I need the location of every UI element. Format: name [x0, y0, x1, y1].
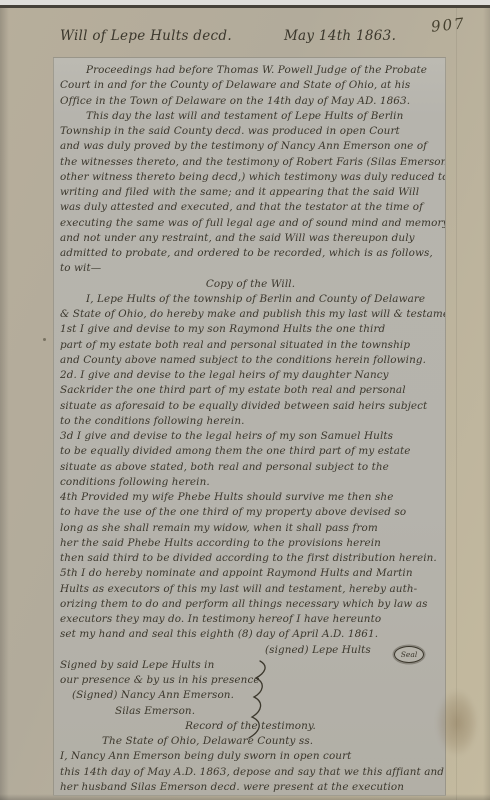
- document-title: Will of Lepe Hults decd.: [60, 28, 232, 44]
- manuscript-line: 3d I give and devise to the legal heirs …: [60, 429, 441, 444]
- manuscript-line: This day the last will and testament of …: [60, 109, 441, 124]
- manuscript-line: Copy of the Will.: [60, 277, 441, 292]
- manuscript-line: the witnesses thereto, and the testimony…: [60, 155, 441, 170]
- manuscript-line: 2d. I give and devise to the legal heirs…: [60, 368, 441, 383]
- manuscript-line: to the conditions following herein.: [60, 414, 441, 429]
- ink-stain: [436, 690, 478, 756]
- manuscript-line: to wit—: [60, 261, 441, 276]
- page-number: 907: [431, 14, 467, 36]
- manuscript-line: (signed) Lepe Hults: [60, 643, 441, 658]
- seal-label: Seal: [401, 650, 417, 659]
- manuscript-line: Proceedings had before Thomas W. Powell …: [60, 63, 441, 78]
- manuscript-line: to have the use of the one third of my p…: [60, 505, 441, 520]
- manuscript-line: Township in the said County decd. was pr…: [60, 124, 441, 139]
- manuscript-line: Court in and for the County of Delaware …: [60, 78, 441, 93]
- manuscript-line: executing the same was of full legal age…: [60, 216, 441, 231]
- manuscript-line: and County above named subject to the co…: [60, 353, 441, 368]
- manuscript-line: 1st I give and devise to my son Raymond …: [60, 322, 441, 337]
- manuscript-line: 5th I do hereby nominate and appoint Ray…: [60, 566, 441, 581]
- manuscript-line: this 14th day of May A.D. 1863, depose a…: [60, 765, 441, 780]
- manuscript-line: I, Nancy Ann Emerson being duly sworn in…: [60, 749, 441, 764]
- manuscript-line: and not under any restraint, and the sai…: [60, 231, 441, 246]
- document-date: May 14th 1863.: [284, 28, 396, 44]
- seal-stamp: Seal: [394, 646, 424, 663]
- manuscript-line: Office in the Town of Delaware on the 14…: [60, 94, 441, 109]
- manuscript-line: other witness thereto being decd,) which…: [60, 170, 441, 185]
- manuscript-line: Sackrider the one third part of my estat…: [60, 383, 441, 398]
- manuscript-line: Hults as executors of this my last will …: [60, 582, 441, 597]
- manuscript-line: I, Lepe Hults of the township of Berlin …: [60, 292, 441, 307]
- manuscript-line: was duly attested and executed, and that…: [60, 200, 441, 215]
- manuscript-line: 4th Provided my wife Phebe Hults should …: [60, 490, 441, 505]
- manuscript-line: admitted to probate, and ordered to be r…: [60, 246, 441, 261]
- manuscript-line: conditions following herein.: [60, 475, 441, 490]
- witness-brace-mark: [236, 658, 270, 742]
- manuscript-line: then said third to be divided according …: [60, 551, 441, 566]
- manuscript-line: & State of Ohio, do hereby make and publ…: [60, 307, 441, 322]
- manuscript-line: part of my estate both real and personal…: [60, 338, 441, 353]
- record-heading: Will of Lepe Hults decd. May 14th 1863.: [60, 28, 396, 44]
- manuscript-line: and was duly proved by the testimony of …: [60, 139, 441, 154]
- manuscript-line: long as she shall remain my widow, when …: [60, 521, 441, 536]
- right-edge-shading: [483, 8, 490, 800]
- ink-speck: [43, 338, 46, 341]
- fold-line: [456, 8, 457, 800]
- document-photo: 907 Will of Lepe Hults decd. May 14th 18…: [0, 0, 490, 800]
- manuscript-line: situate as aforesaid to be equally divid…: [60, 399, 441, 414]
- manuscript-line: her husband Silas Emerson decd. were pre…: [60, 780, 441, 795]
- manuscript-line: writing and filed with the same; and it …: [60, 185, 441, 200]
- left-edge-shading: [0, 8, 9, 800]
- manuscript-line: her the said Phebe Hults according to th…: [60, 536, 441, 551]
- manuscript-line: set my hand and seal this eighth (8) day…: [60, 627, 441, 642]
- manuscript-line: orizing them to do and perform all thing…: [60, 597, 441, 612]
- manuscript-line: situate as above stated, both real and p…: [60, 460, 441, 475]
- manuscript-line: to be equally divided among them the one…: [60, 444, 441, 459]
- manuscript-line: executors they may do. In testimony here…: [60, 612, 441, 627]
- ledger-page: 907 Will of Lepe Hults decd. May 14th 18…: [0, 8, 490, 800]
